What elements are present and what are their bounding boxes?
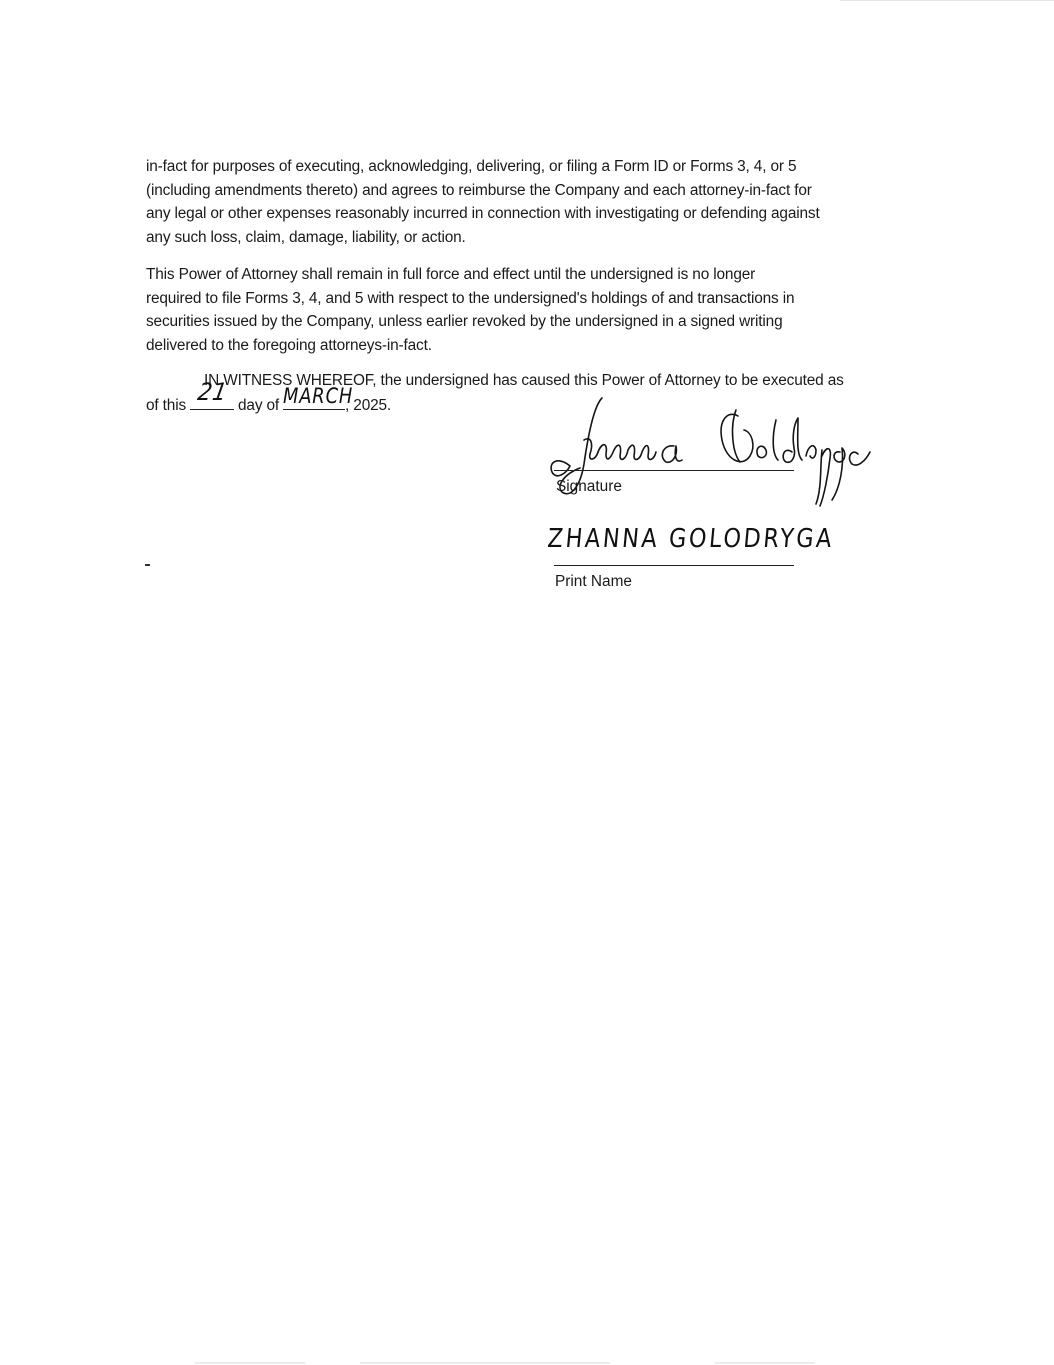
day-blank: 21 (190, 393, 234, 410)
document-page: in-fact for purposes of executing, ackno… (0, 0, 1054, 1365)
stray-mark (145, 564, 150, 566)
handwritten-day: 21 (196, 381, 229, 405)
paragraph-indemnification: in-fact for purposes of executing, ackno… (146, 155, 886, 249)
handwritten-print-name: ZHANNA GOLODRYGA (546, 524, 835, 554)
scan-edge-bottom (360, 1362, 610, 1364)
print-name-label: Print Name (555, 572, 632, 592)
print-name-line (554, 565, 794, 566)
scan-edge-top (840, 0, 1054, 1)
signature-line (554, 470, 794, 471)
witness-middle: day of (238, 397, 279, 414)
scan-edge-bottom (195, 1362, 305, 1364)
scan-edge-bottom (715, 1362, 815, 1364)
paragraph-duration: This Power of Attorney shall remain in f… (146, 263, 886, 357)
witness-prefix: of this (146, 397, 186, 414)
signature-label: Signature (556, 477, 622, 497)
handwritten-month: MARCH (283, 385, 353, 409)
month-blank: MARCH (283, 393, 345, 410)
